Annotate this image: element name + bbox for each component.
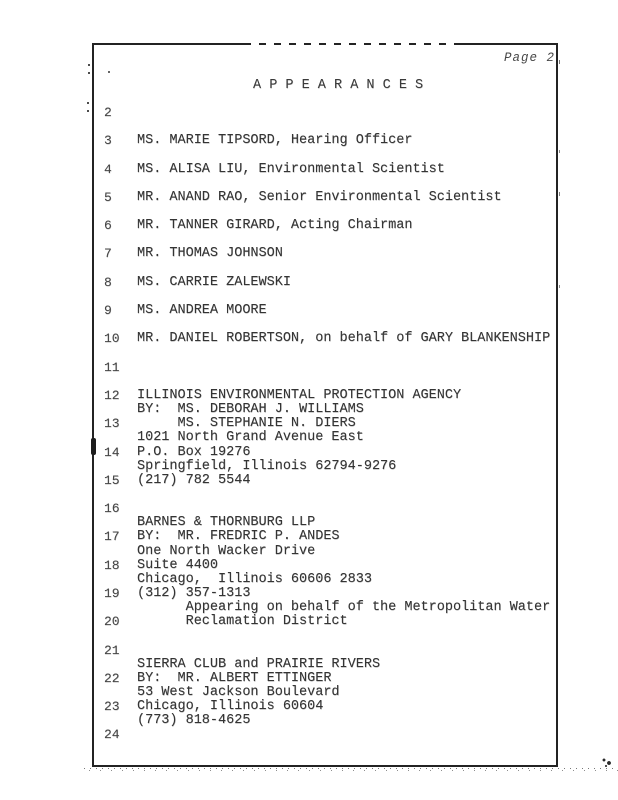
appearances-heading: A P P E A R A N C E S xyxy=(253,78,423,93)
line-number: 10 xyxy=(92,332,137,346)
line-text: Springfield, Illinois 62794-9276 xyxy=(137,460,396,474)
line-text: MS. ANDREA MOORE xyxy=(137,304,267,318)
line-text: MS. MARIE TIPSORD, Hearing Officer xyxy=(137,134,412,148)
transcript-line: 12ILLINOIS ENVIRONMENTAL PROTECTION AGEN… xyxy=(92,389,555,403)
transcript-line: 53 West Jackson Boulevard xyxy=(92,686,555,700)
line-text: ILLINOIS ENVIRONMENTAL PROTECTION AGENCY xyxy=(137,389,461,403)
line-number: 14 xyxy=(92,446,137,460)
transcript-line: 22BY: MR. ALBERT ETTINGER xyxy=(92,672,555,686)
line-number: 17 xyxy=(92,530,137,544)
line-number: 6 xyxy=(92,219,137,233)
line-text: 53 West Jackson Boulevard xyxy=(137,686,340,700)
transcript-line: 24 xyxy=(92,728,555,742)
transcript-line: BARNES & THORNBURG LLP xyxy=(92,516,555,530)
transcript-line: 16 xyxy=(92,502,555,516)
transcript-line xyxy=(92,488,555,502)
line-number: 4 xyxy=(92,163,137,177)
transcript-line: 13 MS. STEPHANIE N. DIERS xyxy=(92,417,555,431)
line-text: P.O. Box 19276 xyxy=(137,446,250,460)
scan-dot-artifact xyxy=(559,285,560,288)
line-number: 7 xyxy=(92,247,137,261)
transcript-line: Chicago, Illinois 60606 2833 xyxy=(92,573,555,587)
transcript-line: 20 Reclamation District xyxy=(92,615,555,629)
line-text: Chicago, Illinois 60606 2833 xyxy=(137,573,372,587)
line-number: 21 xyxy=(92,644,137,658)
line-text: Appearing on behalf of the Metropolitan … xyxy=(137,601,550,615)
line-number: 15 xyxy=(92,474,137,488)
transcript-line: 14P.O. Box 19276 xyxy=(92,446,555,460)
transcript-line: 11 xyxy=(92,361,555,389)
transcript-line: 18Suite 4400 xyxy=(92,559,555,573)
transcript-line: 1021 North Grand Avenue East xyxy=(92,431,555,445)
line-text: BARNES & THORNBURG LLP xyxy=(137,516,315,530)
transcript-line: 7MR. THOMAS JOHNSON xyxy=(92,247,555,275)
line-text: Reclamation District xyxy=(137,615,348,629)
scanned-transcript-page: { "colors": { "paper": "#ffffff", "ink":… xyxy=(0,0,618,800)
line-number: 22 xyxy=(92,672,137,686)
transcript-line: (773) 818-4625 xyxy=(92,714,555,728)
transcript-line: One North Wacker Drive xyxy=(92,545,555,559)
line-text: 1021 North Grand Avenue East xyxy=(137,431,364,445)
line-text: Suite 4400 xyxy=(137,559,218,573)
transcript-line: 8MS. CARRIE ZALEWSKI xyxy=(92,276,555,304)
scan-dot-artifact xyxy=(559,60,560,64)
transcript-line: 5MR. ANAND RAO, Senior Environmental Sci… xyxy=(92,191,555,219)
transcript-line xyxy=(92,629,555,643)
transcript-line: Appearing on behalf of the Metropolitan … xyxy=(92,601,555,615)
scan-dot-artifact xyxy=(559,150,560,153)
line-number: 13 xyxy=(92,417,137,431)
transcript-line: 6MR. TANNER GIRARD, Acting Chairman xyxy=(92,219,555,247)
line-text: One North Wacker Drive xyxy=(137,545,315,559)
line-number: 20 xyxy=(92,615,137,629)
line-number: 19 xyxy=(92,587,137,601)
line-number: 16 xyxy=(92,502,137,516)
line-number: 9 xyxy=(92,304,137,318)
transcript-line: 9MS. ANDREA MOORE xyxy=(92,304,555,332)
transcript-lines: 23MS. MARIE TIPSORD, Hearing Officer4MS.… xyxy=(92,106,555,742)
scan-dot-artifact xyxy=(88,64,90,66)
line-text: (773) 818-4625 xyxy=(137,714,250,728)
line-text: Chicago, Illinois 60604 xyxy=(137,700,323,714)
line-text: BY: MS. DEBORAH J. WILLIAMS xyxy=(137,403,364,417)
transcript-line: 21 xyxy=(92,644,555,658)
transcript-line: 3MS. MARIE TIPSORD, Hearing Officer xyxy=(92,134,555,162)
transcript-line: 10MR. DANIEL ROBERTSON, on behalf of GAR… xyxy=(92,332,555,360)
line-text: MS. STEPHANIE N. DIERS xyxy=(137,417,356,431)
line-text: MR. DANIEL ROBERTSON, on behalf of GARY … xyxy=(137,332,550,346)
transcript-line: 15(217) 782 5544 xyxy=(92,474,555,488)
line-text: MR. TANNER GIRARD, Acting Chairman xyxy=(137,219,412,233)
line-number: 23 xyxy=(92,700,137,714)
scan-dot-artifact xyxy=(88,72,90,74)
transcript-line: 17BY: MR. FREDRIC P. ANDES xyxy=(92,530,555,544)
line-number: 3 xyxy=(92,134,137,148)
line-text: (217) 782 5544 xyxy=(137,474,250,488)
scan-dot-artifact xyxy=(559,192,560,196)
line-text: BY: MR. FREDRIC P. ANDES xyxy=(137,530,340,544)
line-number: 5 xyxy=(92,191,137,205)
transcript-line: SIERRA CLUB and PRAIRIE RIVERS xyxy=(92,658,555,672)
line-text: SIERRA CLUB and PRAIRIE RIVERS xyxy=(137,658,380,672)
scan-corner-noise-artifact xyxy=(601,757,613,767)
line-number: 18 xyxy=(92,559,137,573)
transcript-line: 2 xyxy=(92,106,555,134)
transcript-line: 23Chicago, Illinois 60604 xyxy=(92,700,555,714)
transcript-line: 19(312) 357-1313 xyxy=(92,587,555,601)
line-number: 11 xyxy=(92,361,137,375)
scan-broken-border-artifact xyxy=(244,43,459,45)
scan-speckle-line-artifact xyxy=(84,768,618,771)
line-number: 2 xyxy=(92,106,137,120)
line-text: BY: MR. ALBERT ETTINGER xyxy=(137,672,331,686)
line-number: 8 xyxy=(92,276,137,290)
transcript-line: Springfield, Illinois 62794-9276 xyxy=(92,460,555,474)
line-number: 24 xyxy=(92,728,137,742)
scan-dot-artifact xyxy=(87,110,89,112)
scan-dot-artifact xyxy=(87,102,89,104)
line-text: MS. ALISA LIU, Environmental Scientist xyxy=(137,163,445,177)
line-text: (312) 357-1313 xyxy=(137,587,250,601)
page-number-label: Page 2 xyxy=(504,51,555,65)
transcript-line: BY: MS. DEBORAH J. WILLIAMS xyxy=(92,403,555,417)
line-text: MR. THOMAS JOHNSON xyxy=(137,247,283,261)
line-text: MR. ANAND RAO, Senior Environmental Scie… xyxy=(137,191,502,205)
scan-dot-artifact xyxy=(108,71,110,73)
transcript-line: 4MS. ALISA LIU, Environmental Scientist xyxy=(92,163,555,191)
line-number: 12 xyxy=(92,389,137,403)
line-text: MS. CARRIE ZALEWSKI xyxy=(137,276,291,290)
